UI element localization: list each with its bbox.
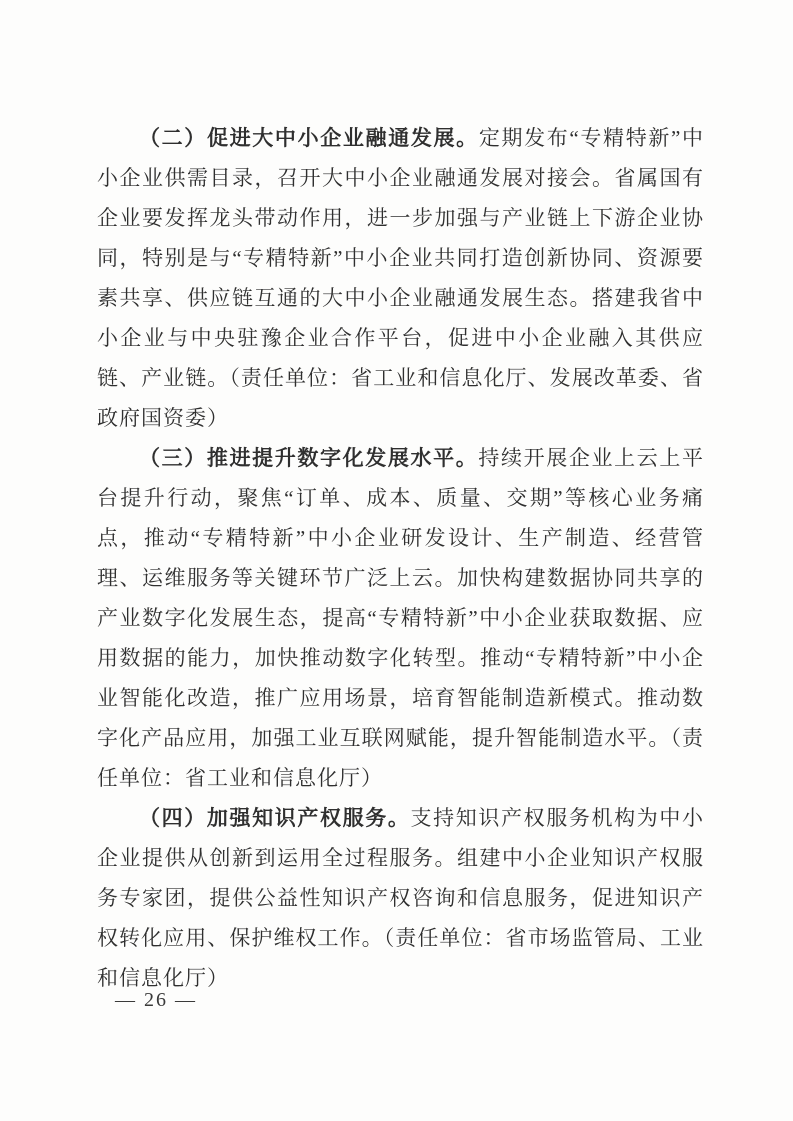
paragraph-section-3: （三）推进提升数字化发展水平。持续开展企业上云上平台提升行动，聚焦“订单、成本、… <box>97 438 704 798</box>
section-heading-2: （二）促进大中小企业融通发展。 <box>139 126 479 150</box>
section-body-4: 支持知识产权服务机构为中小企业提供从创新到运用全过程服务。组建中小企业知识产权服… <box>97 806 704 990</box>
document-page: （二）促进大中小企业融通发展。定期发布“专精特新”中小企业供需目录，召开大中小企… <box>0 0 793 1121</box>
section-body-2: 定期发布“专精特新”中小企业供需目录，召开大中小企业融通发展对接会。省属国有企业… <box>97 126 704 430</box>
paragraph-section-4: （四）加强知识产权服务。支持知识产权服务机构为中小企业提供从创新到运用全过程服务… <box>97 798 704 998</box>
section-heading-4: （四）加强知识产权服务。 <box>139 806 411 830</box>
section-heading-3: （三）推进提升数字化发展水平。 <box>139 446 478 470</box>
section-body-3: 持续开展企业上云上平台提升行动，聚焦“订单、成本、质量、交期”等核心业务痛点，推… <box>97 446 704 790</box>
paragraph-section-2: （二）促进大中小企业融通发展。定期发布“专精特新”中小企业供需目录，召开大中小企… <box>97 118 704 438</box>
page-number: — 26 — <box>115 989 197 1012</box>
document-body: （二）促进大中小企业融通发展。定期发布“专精特新”中小企业供需目录，召开大中小企… <box>97 118 704 998</box>
